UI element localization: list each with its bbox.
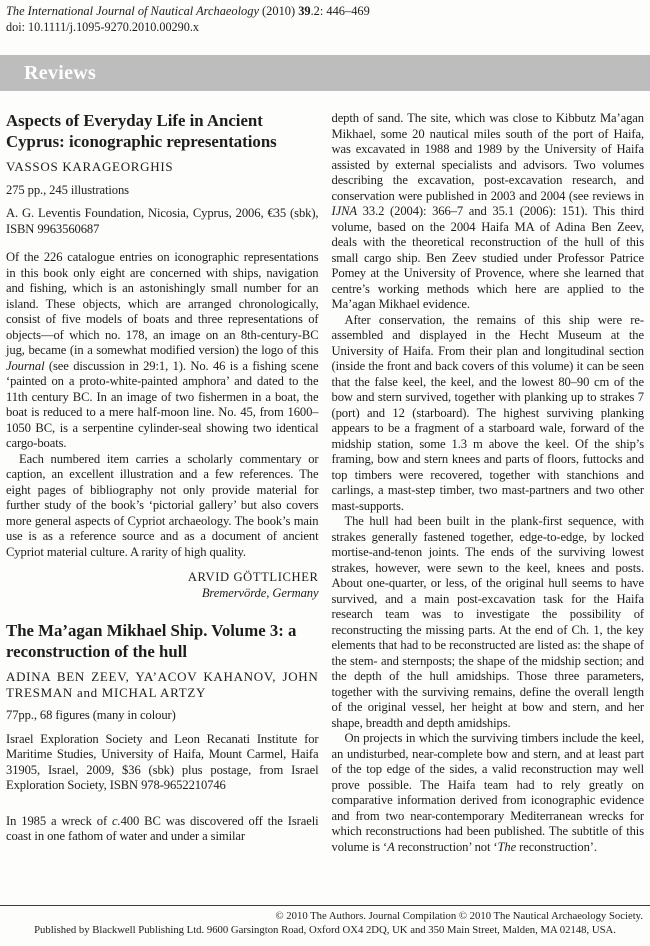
- reviews-banner: Reviews: [0, 55, 650, 91]
- reviewer-signature: ARVID GÖTTLICHER Bremervörde, Germany: [6, 570, 319, 601]
- page-header: The International Journal of Nautical Ar…: [6, 3, 644, 35]
- journal-citation: The International Journal of Nautical Ar…: [6, 3, 644, 19]
- column-right: depth of sand. The site, which was close…: [332, 111, 645, 855]
- review2-authors: ADINA BEN ZEEV, YA’ACOV KAHANOV, JOHN TR…: [6, 669, 319, 700]
- review2-paragraph-3: After conservation, the remains of this …: [332, 313, 645, 515]
- footer-copyright: © 2010 The Authors. Journal Compilation …: [0, 910, 650, 924]
- page-footer: © 2010 The Authors. Journal Compilation …: [0, 903, 650, 946]
- review2-pages: 77pp., 68 figures (many in colour): [6, 708, 319, 724]
- review1-publisher: A. G. Leventis Foundation, Nicosia, Cypr…: [6, 206, 319, 237]
- review2-paragraph-4: The hull had been built in the plank-fir…: [332, 514, 645, 731]
- review2-paragraph-5: On projects in which the surviving timbe…: [332, 731, 645, 855]
- review1-title: Aspects of Everyday Life in Ancient Cypr…: [6, 111, 319, 152]
- footer-divider: [0, 905, 650, 906]
- review2-publisher: Israel Exploration Society and Leon Reca…: [6, 732, 319, 794]
- content-columns: Aspects of Everyday Life in Ancient Cypr…: [6, 111, 644, 855]
- review1-paragraph-1: Of the 226 catalogue entries on iconogra…: [6, 250, 319, 452]
- review1-paragraph-2: Each numbered item carries a scholarly c…: [6, 452, 319, 561]
- reviews-banner-title: Reviews: [0, 55, 650, 91]
- reviewer-name: ARVID GÖTTLICHER: [6, 570, 319, 586]
- doi-line: doi: 10.1111/j.1095-9270.2010.00290.x: [6, 19, 644, 35]
- reviewer-location: Bremervörde, Germany: [6, 586, 319, 602]
- review2-title: The Ma’agan Mikhael Ship. Volume 3: a re…: [6, 621, 319, 662]
- review1-pages: 275 pp., 245 illustrations: [6, 183, 319, 199]
- review2-paragraph-1: In 1985 a wreck of c.400 BC was discover…: [6, 814, 319, 845]
- column-left: Aspects of Everyday Life in Ancient Cypr…: [6, 111, 319, 855]
- review2-paragraph-2: depth of sand. The site, which was close…: [332, 111, 645, 313]
- footer-publisher: Published by Blackwell Publishing Ltd. 9…: [0, 924, 650, 938]
- review1-author: VASSOS KARAGEORGHIS: [6, 159, 319, 175]
